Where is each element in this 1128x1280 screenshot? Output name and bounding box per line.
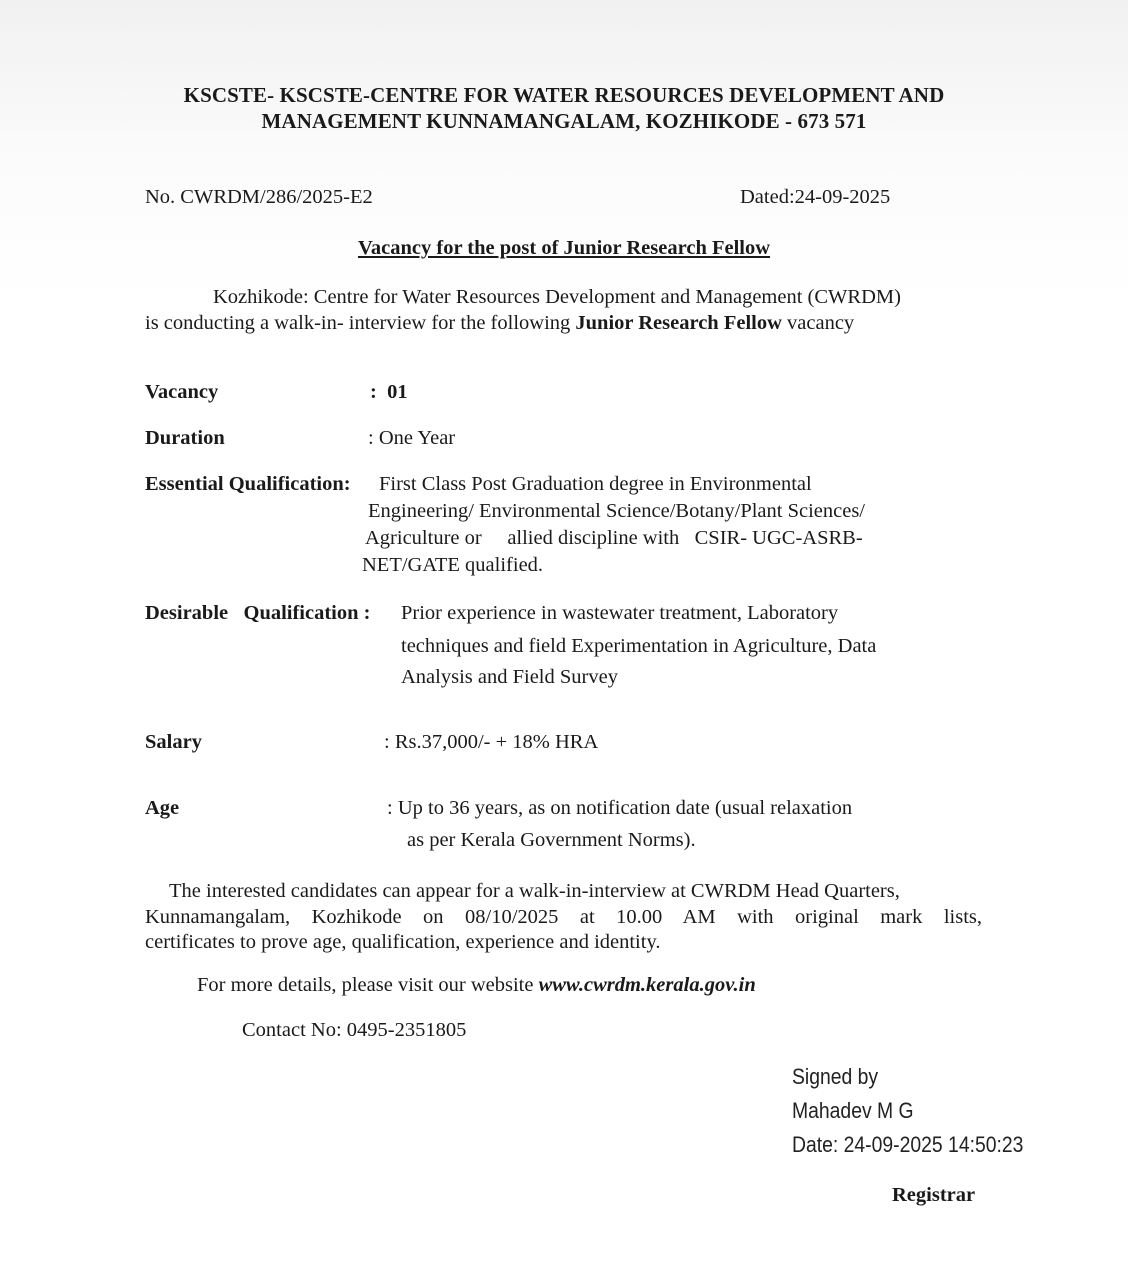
salary-value: : Rs.37,000/- + 18% HRA <box>384 731 598 754</box>
org-header-line-2: MANAGEMENT KUNNAMANGALAM, KOZHIKODE - 67… <box>0 109 1128 134</box>
vacancy-label: Vacancy <box>145 381 218 404</box>
website-prefix: For more details, please visit our websi… <box>197 974 539 996</box>
interview-line-3: certificates to prove age, qualification… <box>145 931 661 954</box>
age-value-line-1: : Up to 36 years, as on notification dat… <box>387 797 852 820</box>
essential-qualification-line-1: First Class Post Graduation degree in En… <box>379 473 812 496</box>
salary-label: Salary <box>145 731 202 754</box>
interview-line-2: Kunnamangalam, Kozhikode on 08/10/2025 a… <box>145 906 982 929</box>
intro-text: is conducting a walk-in- interview for t… <box>145 312 575 334</box>
age-label: Age <box>145 797 179 820</box>
desirable-qualification-line-3: Analysis and Field Survey <box>401 666 618 689</box>
vacancy-value: : 01 <box>370 381 408 404</box>
essential-qualification-line-3: Agriculture or allied discipline with CS… <box>365 527 863 550</box>
notice-title: Vacancy for the post of Junior Research … <box>0 237 1128 260</box>
intro-text-end: vacancy <box>782 312 854 334</box>
desirable-qualification-label: Desirable Qualification : <box>145 602 370 625</box>
desirable-qualification-line-2: techniques and field Experimentation in … <box>401 635 876 658</box>
essential-qualification-line-2: Engineering/ Environmental Science/Botan… <box>368 500 865 523</box>
designation: Registrar <box>892 1184 975 1207</box>
duration-value: : One Year <box>368 427 455 450</box>
intro-post-name: Junior Research Fellow <box>575 312 782 334</box>
signer-name: Mahadev M G <box>792 1098 914 1124</box>
website-link[interactable]: www.cwrdm.kerala.gov.in <box>539 974 756 996</box>
essential-qualification-line-4: NET/GATE qualified. <box>362 554 543 577</box>
desirable-qualification-line-1: Prior experience in wastewater treatment… <box>401 602 838 625</box>
reference-number: No. CWRDM/286/2025-E2 <box>145 186 373 209</box>
signed-by: Signed by <box>792 1064 878 1090</box>
dated: Dated:24-09-2025 <box>740 186 890 209</box>
signature-date: Date: 24-09-2025 14:50:23 <box>792 1132 1023 1158</box>
contact-number: Contact No: 0495-2351805 <box>242 1019 466 1042</box>
age-value-line-2: as per Kerala Government Norms). <box>407 829 696 852</box>
website-line: For more details, please visit our websi… <box>197 974 756 997</box>
essential-qualification-label: Essential Qualification: <box>145 473 351 496</box>
intro-line-1: Kozhikode: Centre for Water Resources De… <box>213 286 901 309</box>
interview-line-1: The interested candidates can appear for… <box>169 880 982 903</box>
intro-line-2: is conducting a walk-in- interview for t… <box>145 312 854 335</box>
org-header-line-1: KSCSTE- KSCSTE-CENTRE FOR WATER RESOURCE… <box>0 83 1128 108</box>
duration-label: Duration <box>145 427 225 450</box>
